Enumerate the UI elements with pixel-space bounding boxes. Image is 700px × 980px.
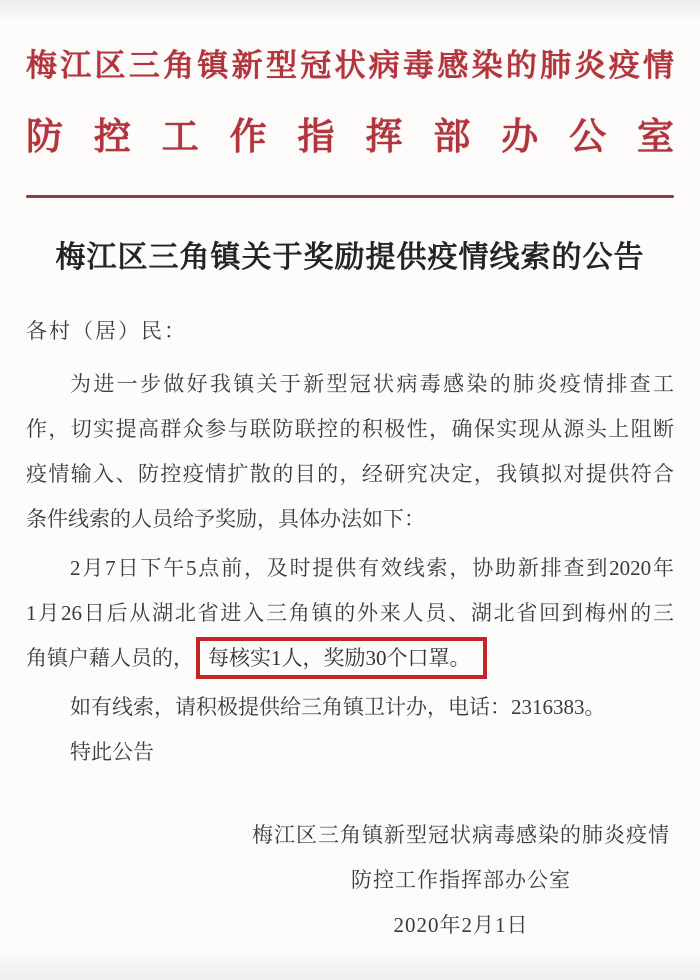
signature-block: 梅江区三角镇新型冠状病毒感染的肺炎疫情 防控工作指挥部办公室 2020年2月1日: [26, 813, 674, 948]
reward-highlight-box: 每核实1人，奖励30个口罩。: [196, 637, 487, 679]
closing-statement: 特此公告: [26, 730, 674, 775]
paragraph-2-line-2: 1月26日后从湖北省进入三角镇的外来人员、湖北省回到梅州的三: [26, 591, 674, 636]
paragraph-2: 2月7日下午5点前，及时提供有效线索，协助新排查到2020年 1月26日后从湖北…: [26, 546, 674, 681]
paragraph-2-line-1: 2月7日下午5点前，及时提供有效线索，协助新排查到2020年: [26, 546, 674, 591]
signature-org-line2: 防控工作指挥部办公室: [248, 858, 674, 903]
letterhead-line1: 梅江区三角镇新型冠状病毒感染的肺炎疫情: [26, 44, 674, 88]
paragraph-1-line-2: 作，切实提高群众参与联防联控的积极性，确保实现从源头上阻断: [26, 407, 674, 452]
paragraph-1-line-4: 条件线索的人员给予奖励，具体办法如下：: [26, 497, 674, 542]
salutation: 各村（居）民：: [26, 309, 674, 354]
paragraph-3: 如有线索，请积极提供给三角镇卫计办，电话：2316383。: [26, 685, 674, 730]
paragraph-1: 为进一步做好我镇关于新型冠状病毒感染的肺炎疫情排查工 作，切实提高群众参与联防联…: [26, 362, 674, 542]
paragraph-3-line-1: 如有线索，请积极提供给三角镇卫计办，电话：2316383。: [26, 685, 674, 730]
paragraph-1-line-3: 疫情输入、防控疫情扩散的目的，经研究决定，我镇拟对提供符合: [26, 452, 674, 497]
paragraph-4: 特此公告: [26, 730, 674, 775]
paragraph-2-line-3: 角镇户藉人员的，每核实1人，奖励30个口罩。: [26, 636, 674, 681]
paragraph-2-line-3-text: 角镇户藉人员的，: [26, 646, 194, 670]
signature-org-line1: 梅江区三角镇新型冠状病毒感染的肺炎疫情: [248, 813, 674, 858]
signature-date: 2020年2月1日: [248, 903, 674, 948]
paragraph-1-line-1: 为进一步做好我镇关于新型冠状病毒感染的肺炎疫情排查工: [26, 362, 674, 407]
scanned-notice-document: 梅江区三角镇新型冠状病毒感染的肺炎疫情 防控工作指挥部办公室 梅江区三角镇关于奖…: [0, 0, 700, 980]
letterhead-line2: 防控工作指挥部办公室: [26, 115, 674, 161]
notice-title: 梅江区三角镇关于奖励提供疫情线索的公告: [26, 238, 674, 278]
letterhead-divider: [26, 195, 674, 198]
